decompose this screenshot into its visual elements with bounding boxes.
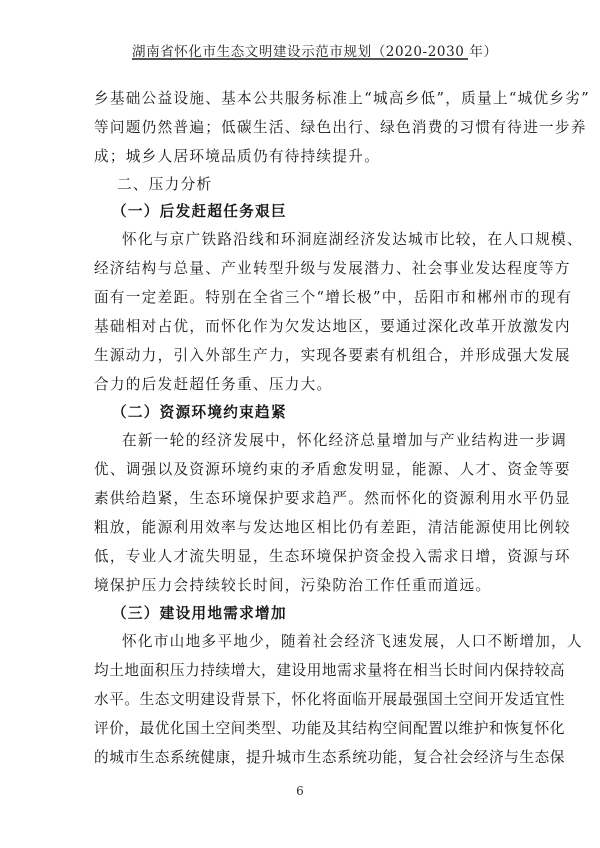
page-number: 6 bbox=[0, 784, 600, 798]
header-underline bbox=[132, 58, 468, 60]
paragraph-line: 乡基础公益设施、基本公共服务标准上“城高乡低”，质量上“城优乡劣” bbox=[94, 89, 510, 109]
paragraph-line: 合力的后发赶超任务重、压力大。 bbox=[94, 375, 510, 395]
subsection-heading: （三）建设用地需求增加 bbox=[112, 604, 528, 624]
subsection-heading: （二）资源环境约束趋紧 bbox=[112, 403, 528, 423]
paragraph-line: 均土地面积压力持续增大，建设用地需求量将在相当长时间内保持较高 bbox=[94, 661, 510, 681]
paragraph-line: 优、调强以及资源环境约束的矛盾愈发明显，能源、人才、资金等要 bbox=[94, 460, 510, 480]
paragraph-line: 素供给趋紧，生态环境保护要求趋严。然而怀化的资源利用水平仍显 bbox=[94, 489, 510, 509]
paragraph-line: 低，专业人才流失明显，生态环境保护资金投入需求日增，资源与环 bbox=[94, 547, 510, 567]
paragraph-line: 基础相对占优，而怀化作为欠发达地区，要通过深化改革开放激发内 bbox=[94, 317, 510, 337]
section-heading: 二、压力分析 bbox=[117, 175, 533, 195]
running-header: 湖南省怀化市生态文明建设示范市规划（2020-2030 年） bbox=[132, 40, 468, 60]
paragraph-line: 评价，最优化国土空间类型、功能及其结构空间配置以维护和恢复怀化 bbox=[94, 719, 510, 739]
paragraph-line: 境保护压力会持续较长时间，污染防治工作任重而道远。 bbox=[94, 576, 510, 596]
document-page: 湖南省怀化市生态文明建设示范市规划（2020-2030 年） 乡基础公益设施、基… bbox=[0, 0, 600, 848]
paragraph-line: 水平。生态文明建设背景下，怀化将面临开展最强国土空间开发适宜性 bbox=[94, 690, 510, 710]
paragraph-line: 怀化市山地多平地少，随着社会经济飞速发展，人口不断增加，人 bbox=[122, 632, 510, 652]
paragraph-line: 经济结构与总量、产业转型升级与发展潜力、社会事业发达程度等方 bbox=[94, 259, 510, 279]
paragraph-line: 成；城乡人居环境品质仍有待持续提升。 bbox=[94, 147, 510, 167]
paragraph-line: 等问题仍然普遍；低碳生活、绿色出行、绿色消费的习惯有待进一步养 bbox=[94, 118, 510, 138]
paragraph-line: 粗放，能源利用效率与发达地区相比仍有差距，清洁能源使用比例较 bbox=[94, 518, 510, 538]
paragraph-line: 的城市生态系统健康，提升城市生态系统功能，复合社会经济与生态保 bbox=[94, 748, 510, 768]
paragraph-line: 怀化与京广铁路沿线和环洞庭湖经济发达城市比较，在人口规模、 bbox=[122, 230, 510, 250]
paragraph-line: 生源动力，引入外部生产力，实现各要素有机组合，并形成强大发展 bbox=[94, 346, 510, 366]
paragraph-line: 面有一定差距。特别在全省三个“增长极”中，岳阳市和郴州市的现有 bbox=[94, 288, 510, 308]
subsection-heading: （一）后发赶超任务艰巨 bbox=[112, 202, 528, 222]
paragraph-line: 在新一轮的经济发展中，怀化经济总量增加与产业结构进一步调 bbox=[122, 431, 510, 451]
